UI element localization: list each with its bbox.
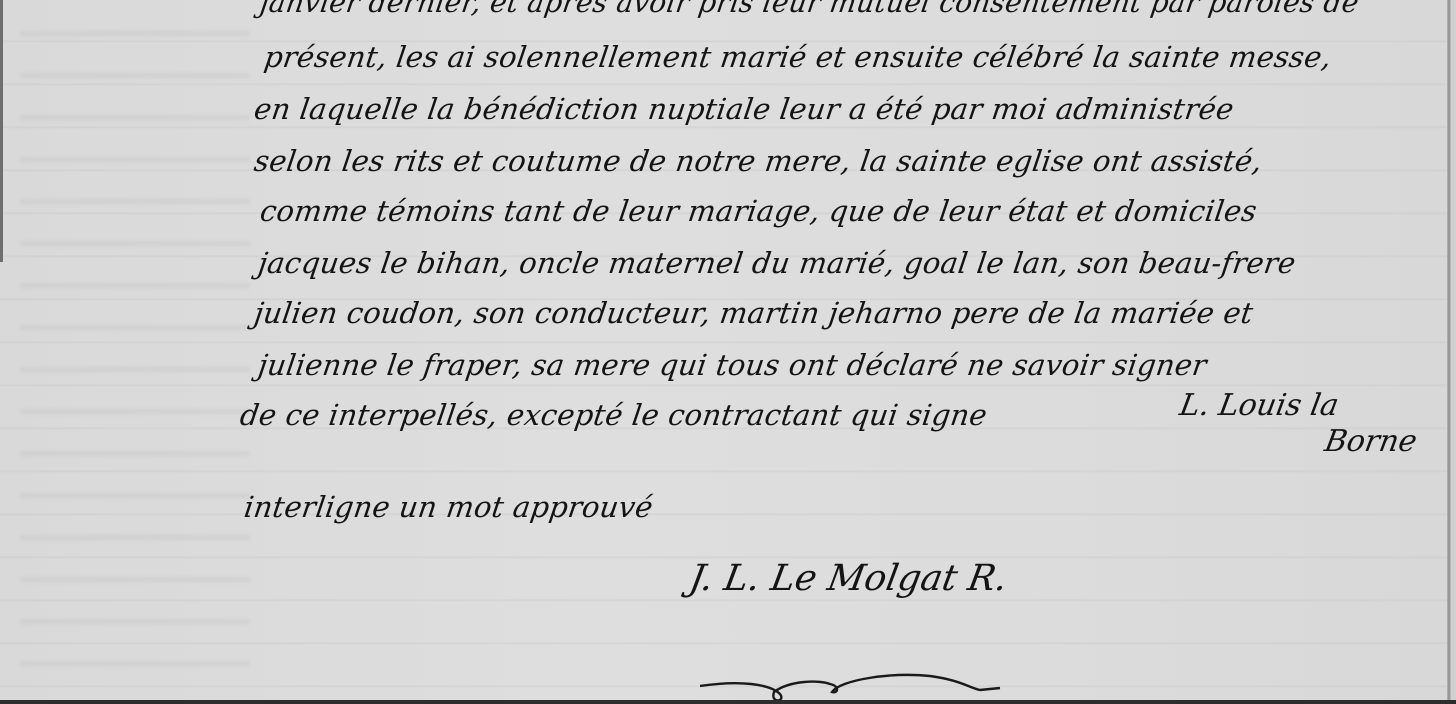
interlineation-note: interligne un mot approuvé: [242, 490, 655, 524]
record-line-8: julienne le fraper, sa mere qui tous ont…: [256, 348, 1209, 382]
groom-signature-first: L. Louis la: [1177, 388, 1341, 423]
viewer-bottom-bar: [0, 700, 1456, 704]
signature-flourish: [700, 650, 1140, 704]
record-line-3: en laquelle la bénédiction nuptiale leur…: [252, 92, 1236, 126]
record-line-6: jacques le bihan, oncle maternel du mari…: [256, 246, 1298, 280]
bleed-through-text: [20, 0, 250, 700]
record-line-2: présent, les ai solennellement marié et …: [262, 40, 1334, 74]
record-line-4: selon les rits et coutume de notre mere,…: [252, 144, 1264, 178]
record-line-5: comme témoins tant de leur mariage, que …: [258, 194, 1259, 228]
groom-signature-last: Borne: [1322, 424, 1420, 459]
record-line-9: de ce interpellés, excepté le contractan…: [238, 398, 989, 432]
record-line-7: julien coudon, son conducteur, martin je…: [252, 296, 1255, 330]
priest-signature: J. L. Le Molgat R.: [686, 558, 1010, 599]
right-margin: [1451, 0, 1456, 700]
adjacent-page-edge: [0, 0, 3, 262]
record-line-1: janvier dernier, et apres avoir pris leu…: [258, 0, 1361, 19]
